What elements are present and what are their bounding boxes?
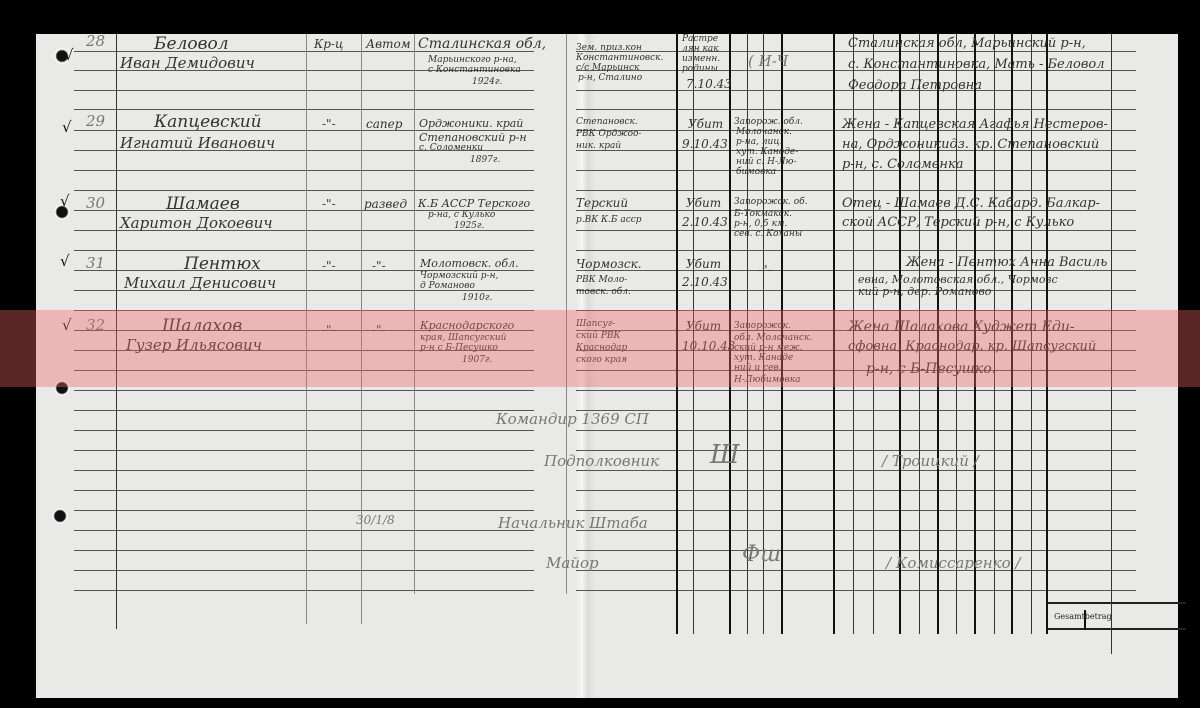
birthplace-line: Орджоники. край [419, 118, 523, 129]
birthplace-year: 1925г. [454, 222, 484, 231]
punch-hole [54, 380, 70, 396]
birthplace-line: р-н с Б-Песушко [420, 344, 498, 353]
burial-line: сев. с. Коханы [734, 230, 802, 239]
conscription-line: Шапсуг- [576, 320, 615, 329]
fate-date: 7.10.43 [686, 78, 732, 90]
birthplace-line: д Романово [420, 282, 475, 291]
conscription-line: р.ВК К.Б асср [576, 216, 642, 225]
burial-line: обл. Молочанск. [734, 334, 812, 343]
relative-line: Жена - Пентюх Анна Василь [906, 256, 1107, 269]
conscription-line: ник. край [576, 142, 621, 151]
relative-line: на, Орджоникидз. кр. Степановский [842, 138, 1099, 151]
burial-line: ний с. Н-Лю- [736, 158, 797, 167]
commander-label: Командир 1369 СП [496, 412, 649, 427]
burial-line: Запорожск. об. [734, 198, 808, 207]
party-status: -"- [322, 324, 336, 336]
fate-date: 10.10.43 [682, 340, 735, 352]
surname: Пентюх [184, 256, 261, 273]
relative-line: Сталинская обл, Марьинский р-н, [848, 37, 1086, 50]
burial-line: р-н, 0,5 км. [734, 220, 787, 229]
relative-line: р-н, с Б-Песушко. [866, 362, 996, 376]
chief-name: / Комиссаренко / [886, 556, 1020, 571]
name-patronymic: Иван Демидович [120, 56, 255, 71]
total-label: Gesamtbetrag [1054, 612, 1112, 621]
birthplace-year: 1924г. [472, 78, 502, 87]
fate-date: 2.10.43 [682, 216, 728, 228]
conscription-line: Зем. приз.кон [576, 44, 642, 53]
party-status: Кр-ц [314, 38, 343, 50]
burial-line: Запорожск. [734, 322, 791, 331]
surname: Шалахов [162, 318, 242, 335]
conscription-line: Константиновск. [576, 54, 663, 63]
birthplace-line: К.Б АССР Терского [418, 198, 530, 209]
relative-line: евна, Молотовская обл., Чормозс [858, 274, 1058, 285]
margin-check-mark: √ [60, 192, 70, 210]
fate-line: родины [682, 65, 718, 74]
name-patronymic: Игнатий Иванович [120, 136, 275, 151]
row-number: 30 [86, 196, 105, 211]
relative-line: Феодора Петровна [848, 79, 982, 92]
burial-line: р-на, лиц. [736, 138, 783, 147]
margin-check-mark: √ [64, 46, 74, 64]
party-status: -"- [322, 198, 336, 210]
burial-line: ний и сев. [734, 364, 782, 373]
fate-date: 9.10.43 [682, 138, 728, 150]
margin-check-mark: √ [60, 252, 70, 270]
birthplace-line: р-на, с Кулько [428, 211, 495, 220]
burial-line: ский р-н меж. [734, 344, 802, 353]
burial-line: Н-Любимовка [734, 376, 800, 385]
fate-line: лян как [682, 45, 719, 54]
rank: Автом [366, 38, 411, 50]
relative-line: Жена - Капцевская Агафья Нестеров- [842, 118, 1108, 131]
relative-line: Отец - Шамаев Д.С. Кабард. Балкар- [842, 197, 1100, 210]
fate-line: Убит [688, 118, 723, 130]
conscription-line: Терский [576, 197, 628, 209]
conscription-line: ского края [576, 356, 627, 365]
chief-signature: Фш [742, 544, 781, 566]
birthplace-line: Краснодарского [420, 320, 514, 331]
document-page: √ √ √ √ √ 28 Беловол Иван Демидович Кр-ц… [36, 34, 1178, 698]
birthplace-line: Чормозский р-н, [420, 272, 498, 281]
birthplace-line: Марьинского р-на, [428, 56, 517, 65]
pencil-fraction: 30/1/8 [356, 514, 395, 526]
burial-ditto: -"- [758, 264, 772, 276]
burial-line: хут. Канаде [734, 354, 793, 363]
commander-name: / Троицкий / [882, 454, 979, 469]
conscription-line: р-н, Сталино [578, 74, 642, 83]
commander-signature: Ш [710, 442, 740, 468]
rank: -"- [372, 260, 386, 272]
fate-line: Убит [686, 197, 721, 209]
rank: сапер [366, 118, 402, 130]
conscription-line: с/с Марьинск [576, 64, 639, 73]
conscription-line: РВК Моло- [576, 276, 627, 285]
birthplace-year: 1910г. [462, 294, 492, 303]
chief-label: Начальник Штаба [498, 516, 648, 531]
commander-rank: Подполковник [544, 454, 659, 469]
name-patronymic: Харитон Докоевич [120, 216, 273, 231]
birthplace-line: Молотовск. обл. [420, 258, 519, 269]
burial-line: бимовка [736, 168, 776, 177]
conscription-line: товск. обл. [576, 288, 631, 297]
fate-line: Растре [682, 35, 718, 44]
fate-line: изменн. [682, 55, 720, 64]
birthplace-line: Степановский р-н [419, 132, 527, 143]
row-number: 29 [86, 114, 105, 129]
name-patronymic: Михаил Денисович [124, 276, 276, 291]
fate-date: 2.10.43 [682, 276, 728, 288]
conscription-line: Краснодар [576, 344, 627, 353]
relative-line: р-н, с. Соломенка [842, 158, 964, 171]
burial-line: Б-Токмакск. [734, 210, 792, 219]
burial-line: Молочанск. [736, 128, 792, 137]
name-patronymic: Гузер Ильясович [126, 338, 262, 353]
conscription-line: ский РВК [576, 332, 621, 341]
surname: Шамаев [166, 196, 240, 213]
conscription-line: Чормозск. [576, 258, 642, 270]
birthplace-year: 1897г. [470, 156, 500, 165]
relative-line: Жена Шалахова Худжет Еди- [848, 320, 1075, 334]
fate-line: Убит [686, 320, 721, 332]
chief-rank: Майор [546, 556, 599, 571]
birthplace-line: края, Шапсугский [420, 334, 506, 343]
surname: Капцевский [154, 114, 262, 131]
fate-line: Убит [686, 258, 721, 270]
party-status: -"- [322, 118, 336, 130]
birthplace-year: 1907г. [462, 356, 492, 365]
birthplace-line: с Константиновка [428, 66, 521, 75]
row-number: 31 [86, 256, 105, 271]
relative-line: сфовна, Краснодар. кр. Шапсугский [848, 340, 1096, 353]
row-number: 32 [86, 318, 105, 333]
party-status: -"- [322, 260, 336, 272]
surname: Беловол [154, 36, 229, 53]
birthplace-line: Сталинская обл, [418, 37, 546, 51]
relative-line: с. Константиновка, Мать - Беловол [848, 58, 1105, 71]
burial-line: хут. Каноде- [736, 148, 798, 157]
margin-check-mark: √ [62, 316, 72, 334]
relative-line: ской АССР, Терский р-н, с Кулько [842, 216, 1074, 229]
birthplace-line: с. Соломенки [419, 144, 483, 153]
conscription-line: Степановск. [576, 118, 638, 127]
rank: развед [364, 198, 407, 210]
margin-check-mark: √ [62, 118, 72, 136]
punch-hole [52, 508, 68, 524]
rank: -"- [372, 324, 386, 336]
pencil-note: ( И-Ч [748, 54, 788, 69]
relative-line: кий р-н, дер. Романово [858, 286, 991, 297]
row-number: 28 [86, 34, 105, 49]
burial-line: Запорож. обл. [734, 118, 803, 127]
conscription-line: РВК Орджоо- [576, 130, 641, 139]
